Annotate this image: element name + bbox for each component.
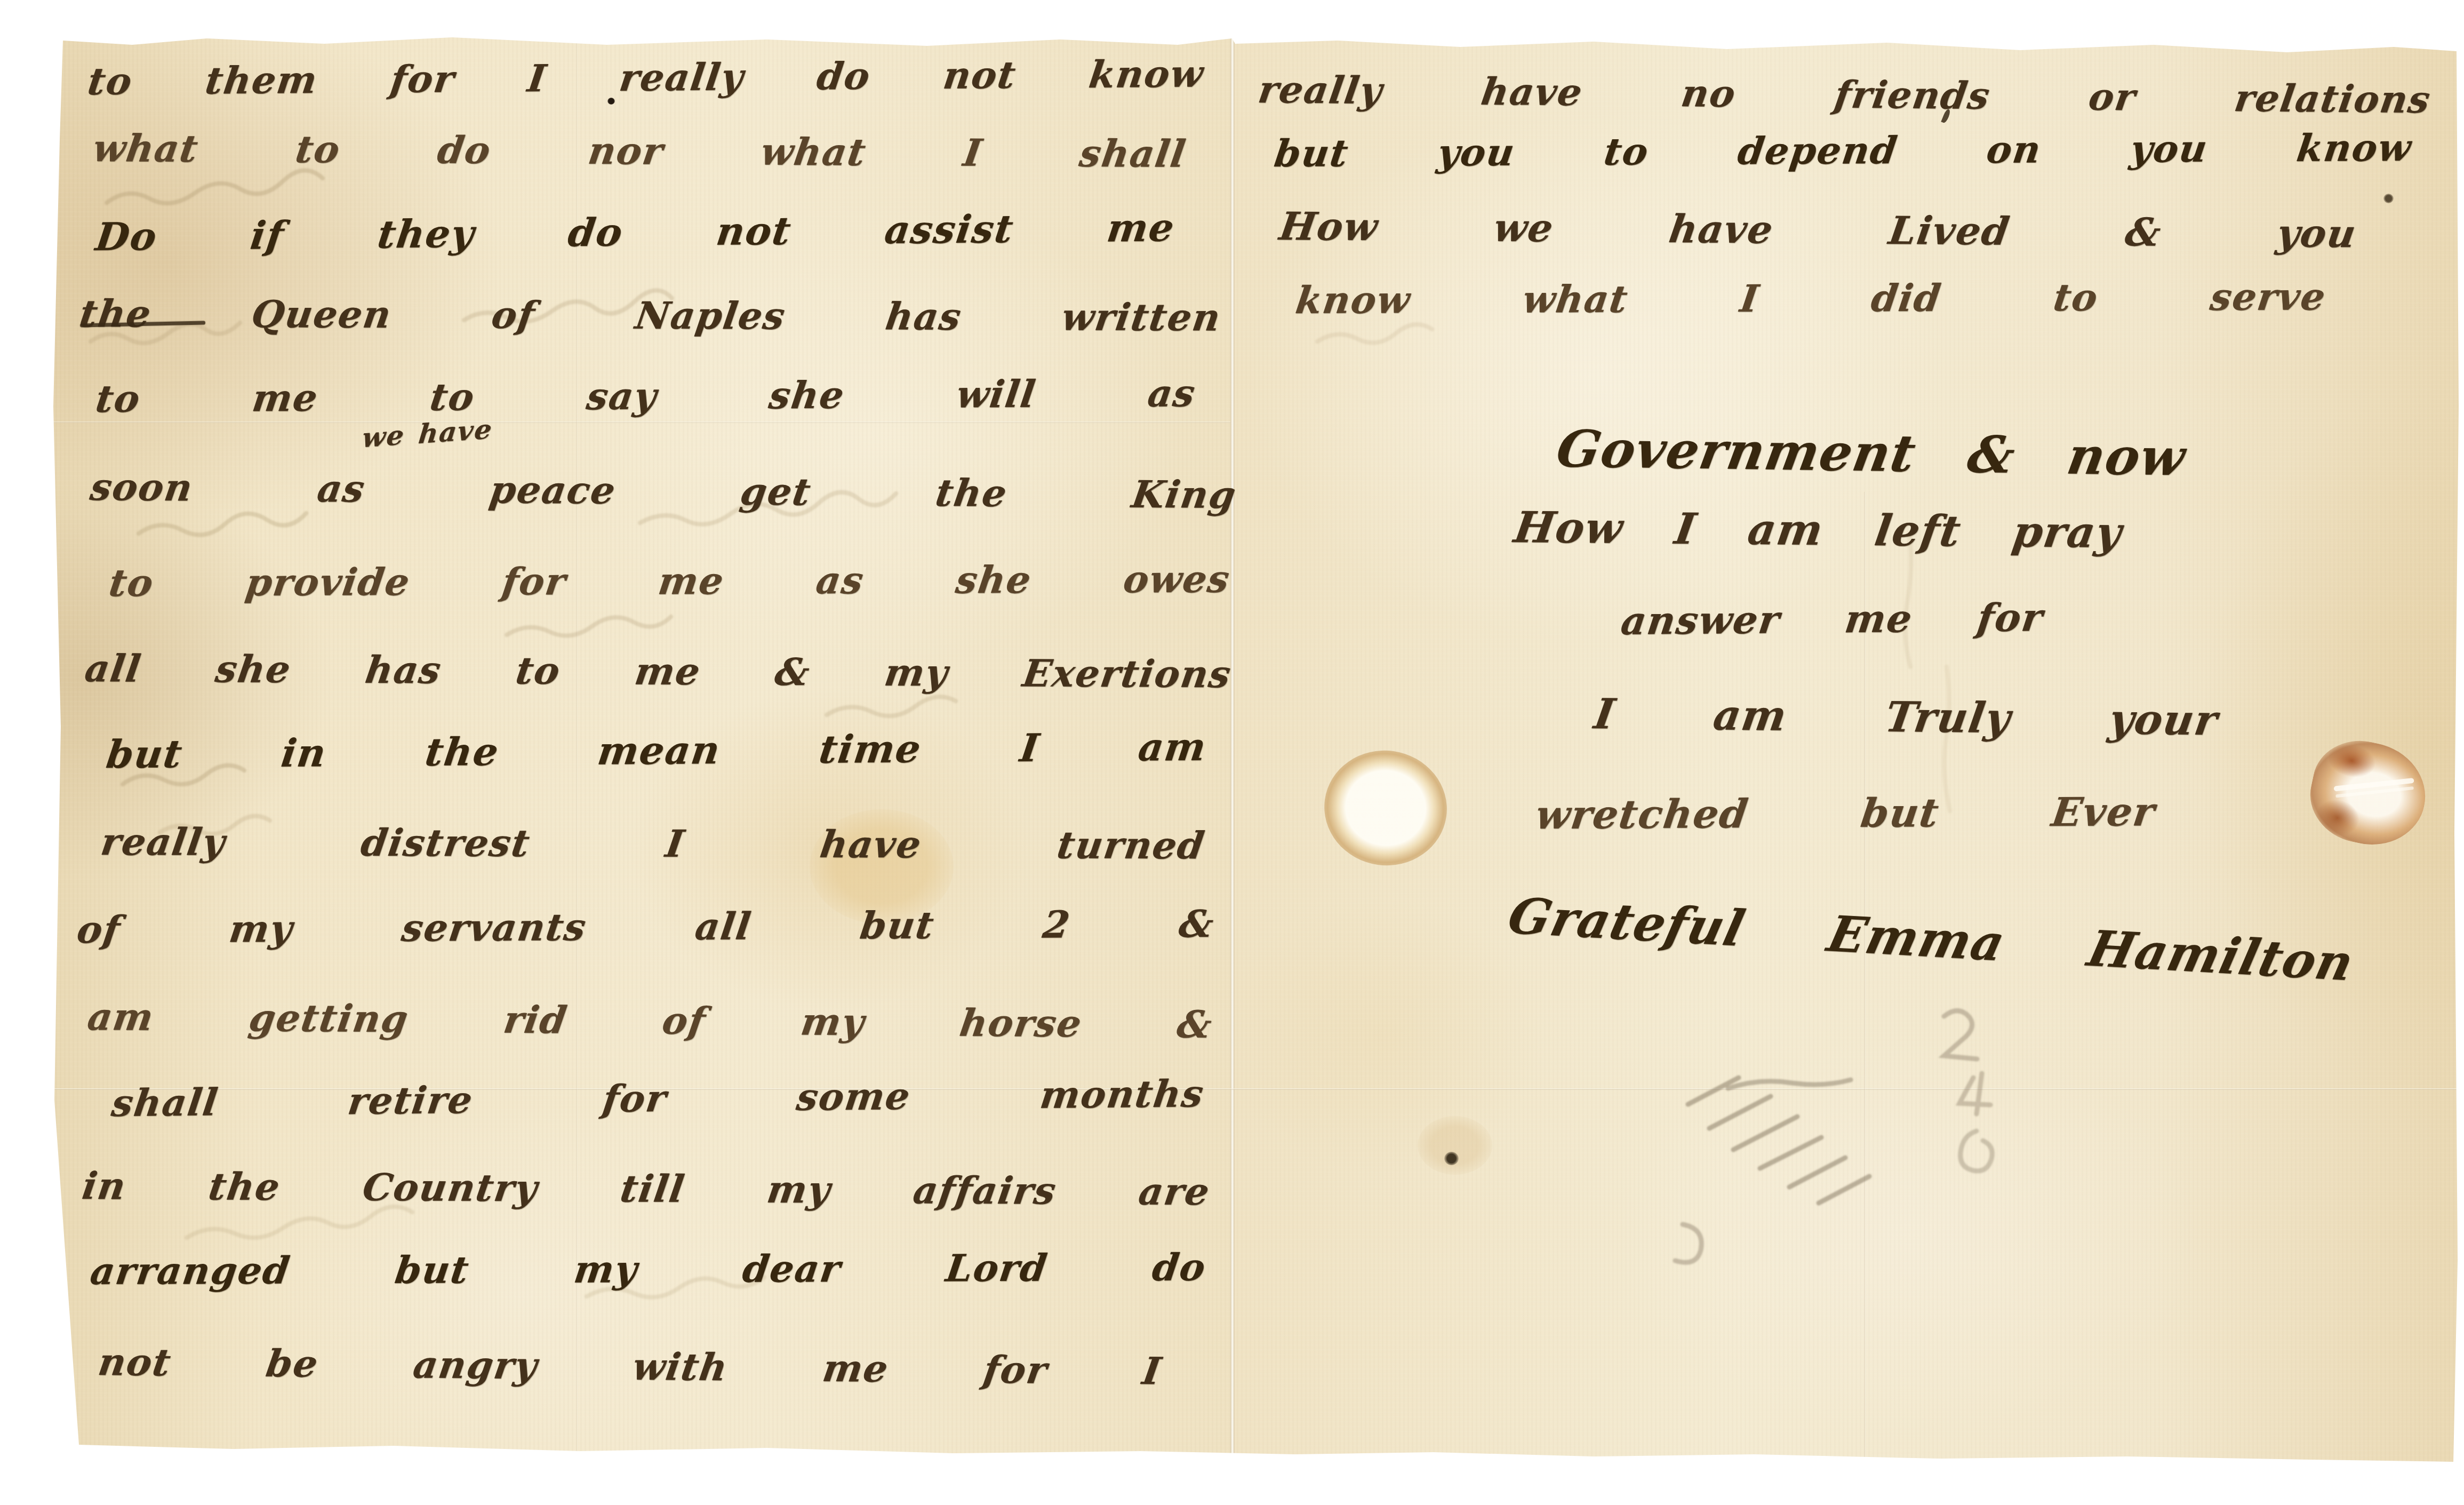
letter-line-l5: to me to say she will as <box>93 372 1198 420</box>
letter-line-l1: to them for I really do not know <box>85 52 1207 103</box>
letter-line-r4: know what I did to serve <box>1293 275 2329 322</box>
letter-line-l13: shall retire for some months <box>109 1072 1207 1125</box>
letter-line-r3: How we have Lived & you <box>1277 204 2359 256</box>
letter-line-l3: Do if they do not assist me <box>93 205 1178 259</box>
letter-line-l12: am getting rid of my horse & <box>85 996 1215 1046</box>
letter-line-r1: really have no friends or relations <box>1255 68 2434 122</box>
letter-line-l15: arranged but my dear Lord do <box>87 1246 1209 1293</box>
handwriting-layer: to them for I really do not know what to… <box>0 0 2464 1505</box>
letter-line-l7: to provide for me as she owes <box>106 558 1233 605</box>
closing-line-3: answer me for <box>1619 595 2046 643</box>
letter-line-l8: all she has to me & my Exertions <box>82 647 1234 696</box>
letter-line-l16: not be angry with me for I <box>95 1341 1164 1393</box>
letter-line-l9: but in the mean time I am <box>103 725 1209 777</box>
closing-line-4: I am Truly your <box>1591 690 2221 745</box>
letter-line-l14: in the Country till my affairs are <box>79 1165 1213 1214</box>
letter-line-r2: but you to depend on you know <box>1272 126 2414 176</box>
letter-line-l10: really distrest I have turned <box>98 821 1208 867</box>
closing-line-2: How I am left pray <box>1511 503 2125 557</box>
letter-line-l6: soon as peace get the King <box>87 466 1239 517</box>
closing-line-5: wretched but Ever <box>1533 790 2158 838</box>
letter-line-l2: what to do nor what I shall <box>90 127 1189 176</box>
letter-line-l11: of my servants all but 2 & <box>75 903 1217 952</box>
signature: Grateful Emma Hamilton <box>1503 888 2359 992</box>
closing-line-1: Government & now <box>1553 420 2190 487</box>
letter-line-l4: the Queen of Naples has written <box>77 292 1224 339</box>
scanned-letter-screenshot: { "document": { "ink_color": "#44311b", … <box>0 0 2464 1505</box>
